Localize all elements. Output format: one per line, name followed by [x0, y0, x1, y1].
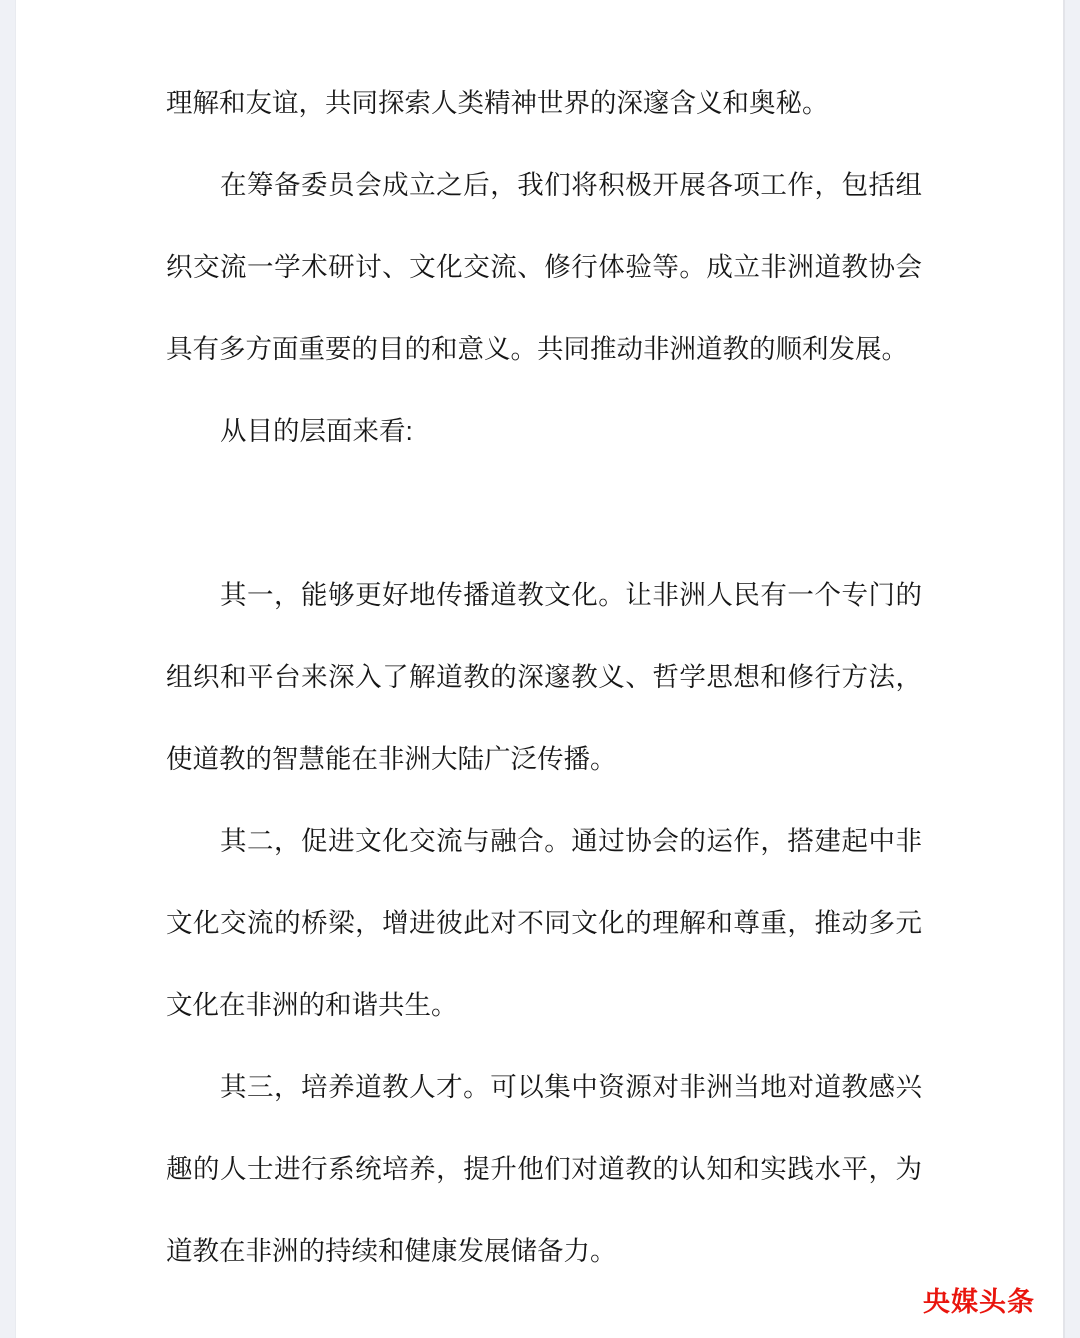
text-line: 使道教的智慧能在非洲大陆广泛传播。	[166, 718, 922, 800]
text-line: 道教在非洲的持续和健康发展储备力。	[166, 1210, 922, 1292]
text-line: 其三，培养道教人才。可以集中资源对非洲当地对道教感兴	[166, 1046, 922, 1128]
text-line: 理解和友谊，共同探索人类精神世界的深邃含义和奥秘。	[166, 62, 922, 144]
brand-watermark: 央媒头条	[923, 1289, 1035, 1316]
text-line: 其二，促进文化交流与融合。通过协会的运作，搭建起中非	[166, 800, 922, 882]
text-line: 文化交流的桥梁，增进彼此对不同文化的理解和尊重，推动多元	[166, 882, 922, 964]
text-line: 在筹备委员会成立之后，我们将积极开展各项工作，包括组	[166, 144, 922, 226]
text-line: 具有多方面重要的目的和意义。共同推动非洲道教的顺利发展。	[166, 308, 922, 390]
text-line: 织交流一学术研讨、文化交流、修行体验等。成立非洲道教协会	[166, 226, 922, 308]
document-card: 理解和友谊，共同探索人类精神世界的深邃含义和奥秘。 在筹备委员会成立之后，我们将…	[15, 0, 1065, 1338]
blank-line	[166, 472, 922, 554]
text-line: 从目的层面来看:	[166, 390, 922, 472]
text-line: 组织和平台来深入了解道教的深邃教义、哲学思想和修行方法，	[166, 636, 922, 718]
document-content: 理解和友谊，共同探索人类精神世界的深邃含义和奥秘。 在筹备委员会成立之后，我们将…	[16, 0, 922, 1292]
page: { "colors": { "background": "#eff1f6", "…	[0, 0, 1080, 1338]
text-line: 文化在非洲的和谐共生。	[166, 964, 922, 1046]
text-line: 趣的人士进行系统培养，提升他们对道教的认知和实践水平，为	[166, 1128, 922, 1210]
text-line: 其一，能够更好地传播道教文化。让非洲人民有一个专门的	[166, 554, 922, 636]
